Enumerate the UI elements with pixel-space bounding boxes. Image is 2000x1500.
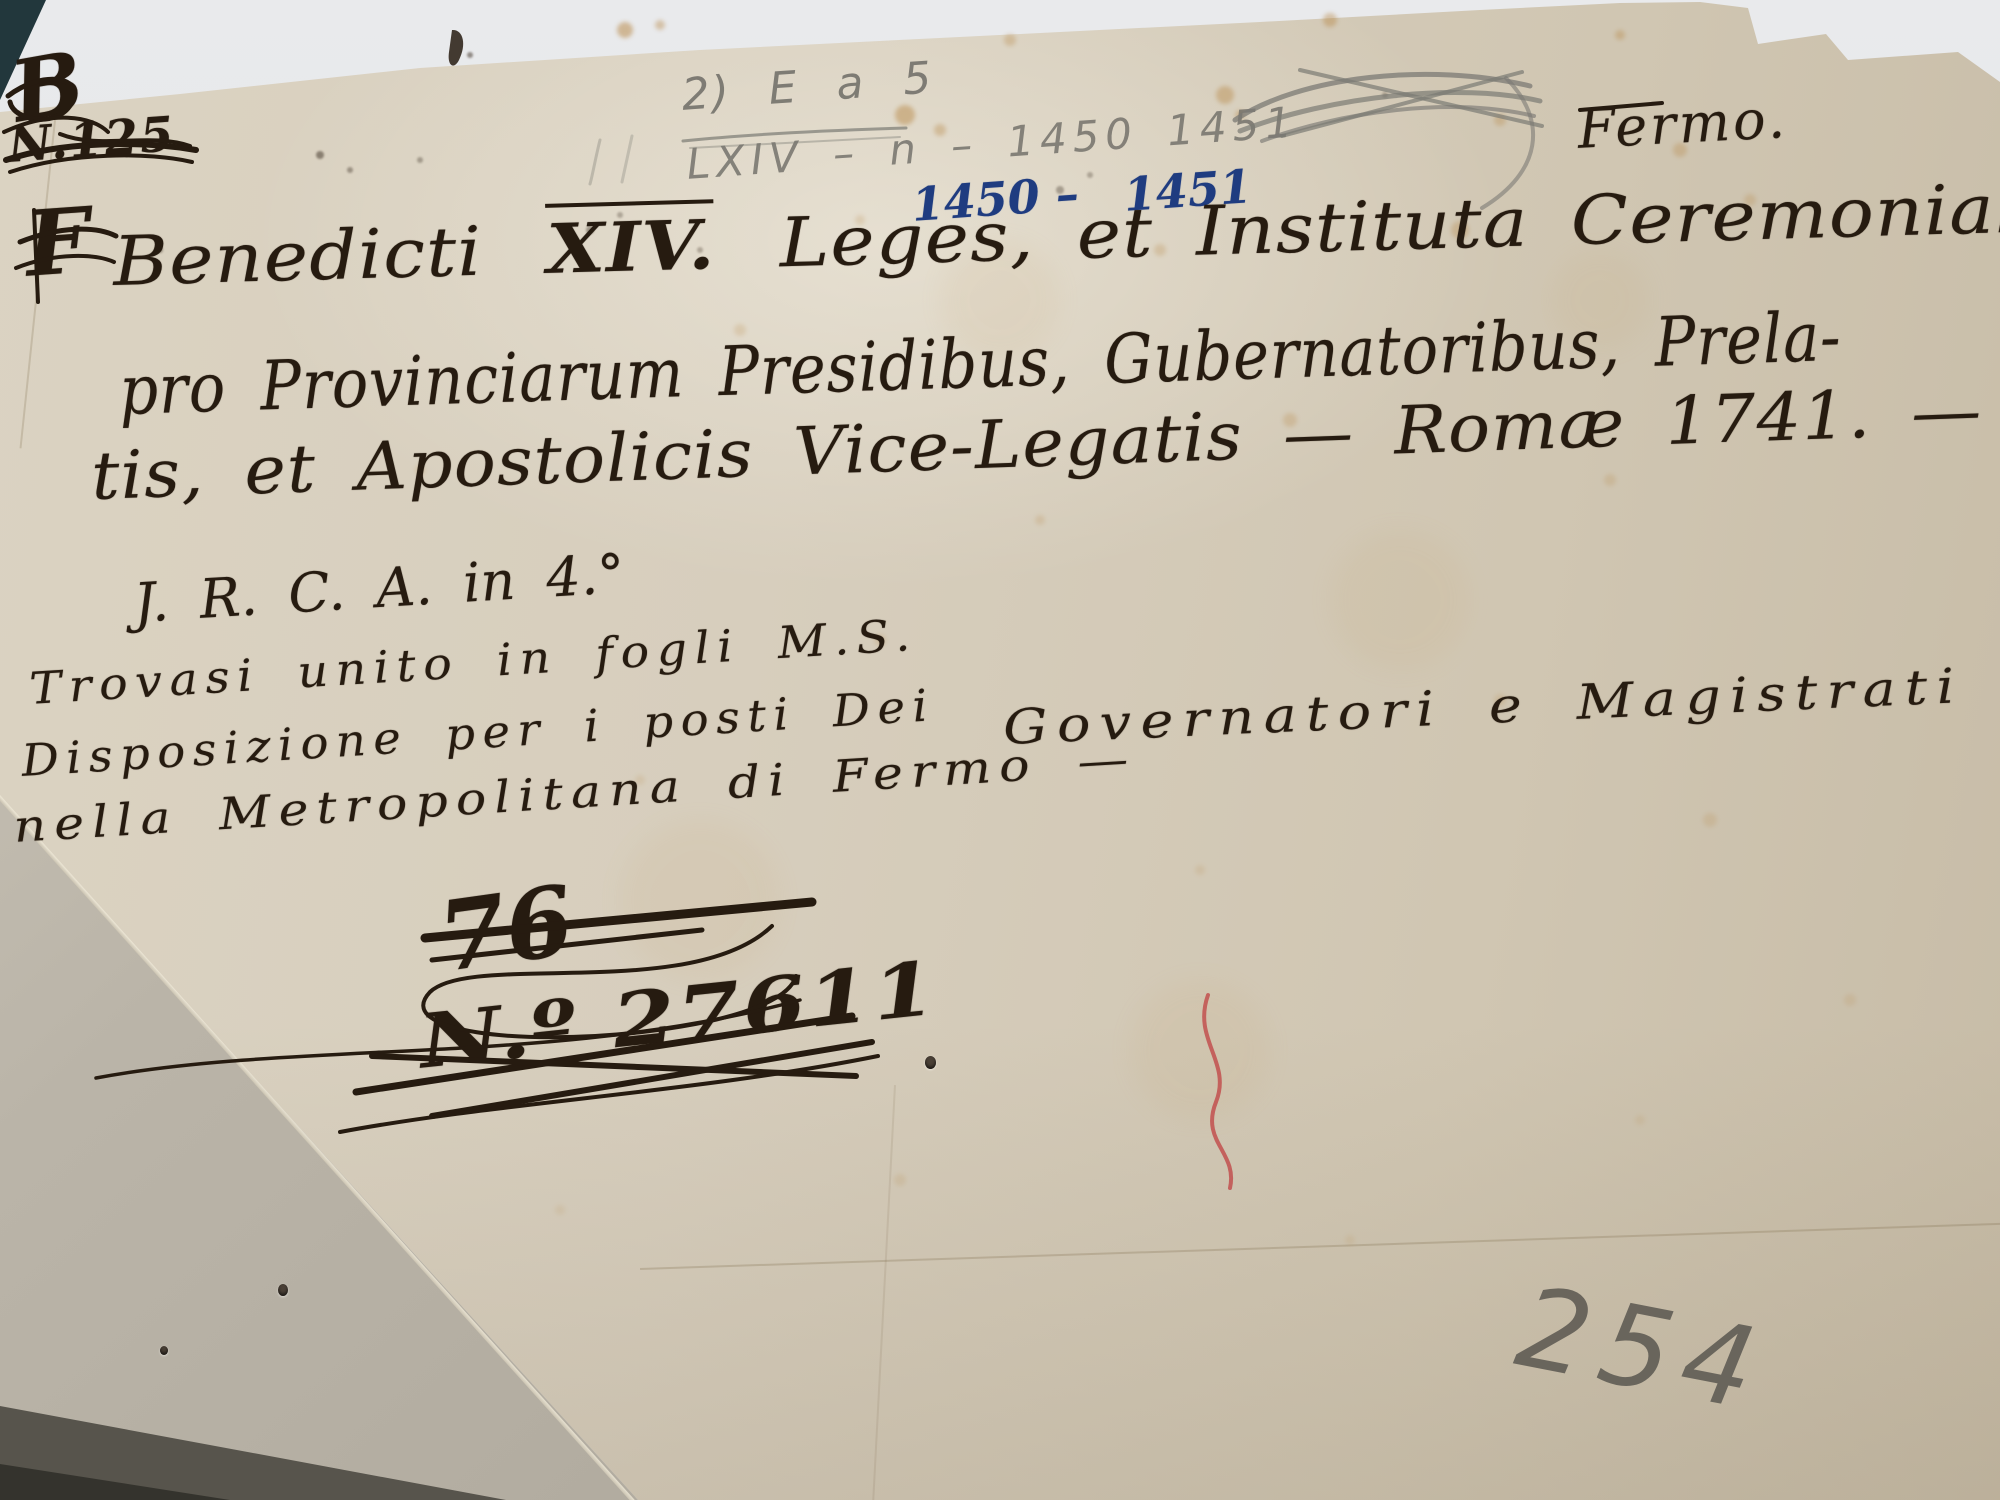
foxing-spot bbox=[1130, 980, 1270, 1120]
foxing-spot bbox=[1323, 13, 1337, 27]
title-author: Benedicti bbox=[112, 213, 483, 302]
foxing-spot bbox=[1382, 92, 1388, 98]
foxing-spot bbox=[1703, 813, 1717, 827]
foxing-spot bbox=[1087, 172, 1093, 178]
foxing-spot bbox=[1035, 515, 1045, 525]
foxing-spot bbox=[620, 820, 780, 980]
place-name: Fermo. bbox=[1576, 87, 1789, 161]
foxing-spot bbox=[1604, 474, 1616, 486]
foxing-spot bbox=[467, 52, 473, 58]
foxing-spot bbox=[1004, 34, 1016, 46]
foxing-spot bbox=[1635, 1115, 1645, 1125]
binding-hole bbox=[160, 1346, 168, 1355]
manuscript-photo: B N.125 F 2) E a 5 LXIV – n – 1450 1451 … bbox=[0, 0, 2000, 1500]
foxing-spot bbox=[1330, 530, 1470, 670]
binding-hole bbox=[278, 1284, 288, 1296]
foxing-spot bbox=[655, 20, 665, 30]
foxing-spot bbox=[1615, 30, 1625, 40]
foxing-spot bbox=[347, 167, 353, 173]
cancelled-old-number: N.125 bbox=[6, 106, 177, 174]
cancelled-number-76: 76 bbox=[432, 863, 580, 993]
foxing-spot bbox=[1195, 865, 1205, 875]
foxing-spot bbox=[617, 22, 633, 38]
foxing-spot bbox=[1345, 1235, 1355, 1245]
foxing-spot bbox=[417, 157, 423, 163]
foxing-spot bbox=[316, 151, 324, 159]
cancelled-f-flourish: F bbox=[22, 188, 93, 298]
title-roman-numeral: XIV. bbox=[545, 199, 716, 290]
foxing-spot bbox=[895, 105, 915, 125]
foxing-spot bbox=[555, 1205, 565, 1215]
foxing-spot bbox=[894, 1174, 906, 1186]
foxing-spot bbox=[1494, 114, 1506, 126]
binding-hole bbox=[925, 1056, 936, 1069]
foxing-spot bbox=[1844, 994, 1856, 1006]
